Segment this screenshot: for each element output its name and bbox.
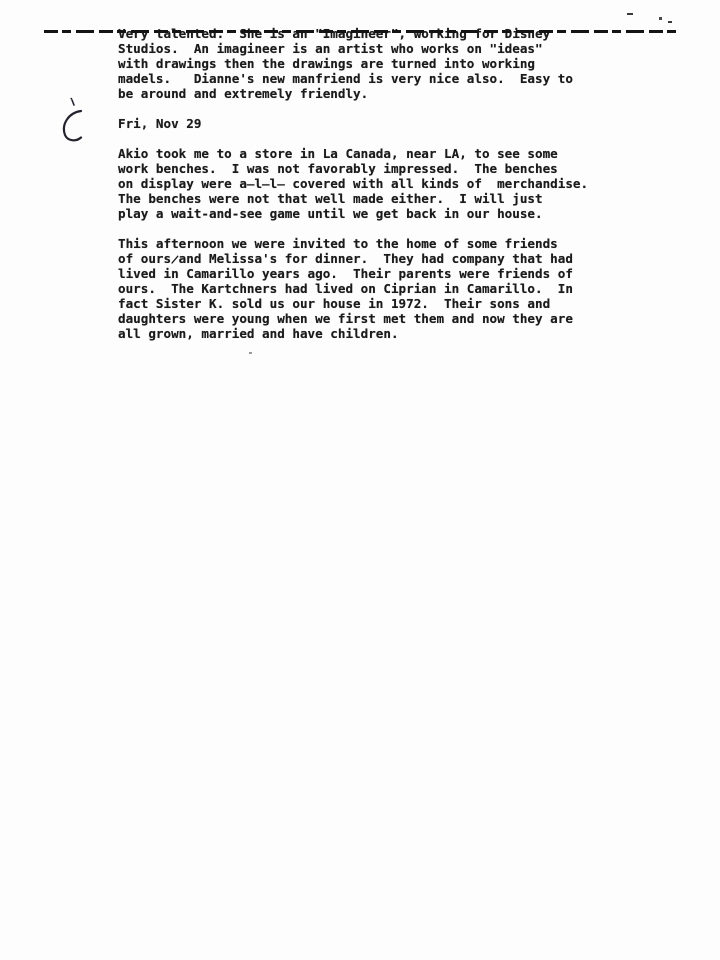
handwritten-margin-mark <box>54 95 90 149</box>
separator-dashed-line <box>44 30 676 33</box>
date-heading: Fri, Nov 29 <box>118 116 588 131</box>
paragraph-3: This afternoon we were invited to the ho… <box>118 236 588 341</box>
ink-speck <box>668 21 672 23</box>
ink-speck <box>249 352 252 354</box>
paragraph-2: Akio took me to a store in La Canada, ne… <box>118 146 588 221</box>
ink-speck <box>659 17 662 20</box>
ink-speck <box>627 13 633 15</box>
paragraph-1: Very talented. She is an "Imagineer", wo… <box>118 26 588 101</box>
scanned-document-page: Very talented. She is an "Imagineer", wo… <box>0 0 720 960</box>
document-text: Very talented. She is an "Imagineer", wo… <box>118 26 588 341</box>
